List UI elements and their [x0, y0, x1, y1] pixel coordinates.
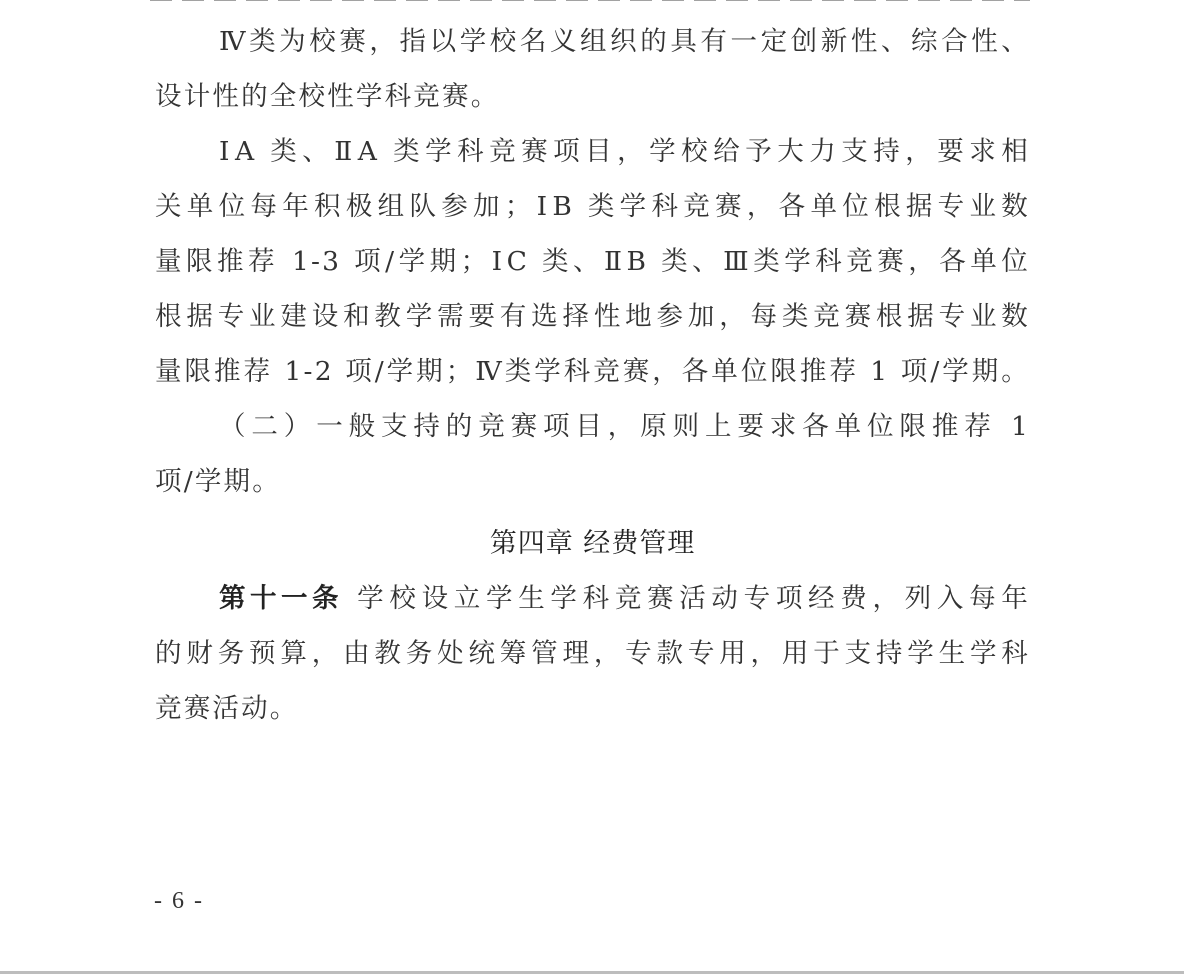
chapter-heading: 第四章 经费管理: [155, 524, 1030, 564]
paragraph-line: 根据专业建设和教学需要有选择性地参加，每类竞赛根据专业数: [155, 297, 1030, 337]
paragraph-line: Ⅳ类为校赛，指以学校名义组织的具有一定创新性、综合性、: [155, 22, 1030, 62]
article-text: 学校设立学生学科竞赛活动专项经费，列入每年: [343, 583, 1030, 614]
paragraph-line: 的财务预算，由教务处统筹管理，专款专用，用于支持学生学科: [155, 634, 1030, 674]
paragraph-line: 设计性的全校性学科竞赛。: [155, 77, 1030, 117]
paragraph-line: ⅠA 类、ⅡA 类学科竞赛项目，学校给予大力支持，要求相: [155, 132, 1030, 172]
paragraph-line: 量限推荐 1-3 项/学期；ⅠC 类、ⅡB 类、Ⅲ类学科竞赛，各单位: [155, 242, 1030, 282]
article-label: 第十一条: [219, 583, 343, 614]
paragraph-line: 关单位每年积极组队参加；ⅠB 类学科竞赛，各单位根据专业数: [155, 187, 1030, 227]
page-number: - 6 -: [154, 888, 204, 915]
paragraph-line: （二）一般支持的竞赛项目，原则上要求各单位限推荐 1: [155, 407, 1030, 447]
paragraph-line: 竞赛活动。: [155, 689, 1030, 729]
paragraph-line: 项/学期。: [155, 462, 1030, 502]
article-line: 第十一条 学校设立学生学科竞赛活动专项经费，列入每年: [155, 579, 1030, 619]
paragraph-line: 量限推荐 1-2 项/学期；Ⅳ类学科竞赛，各单位限推荐 1 项/学期。: [155, 352, 1030, 392]
previous-line-fragment: [150, 0, 1030, 1]
